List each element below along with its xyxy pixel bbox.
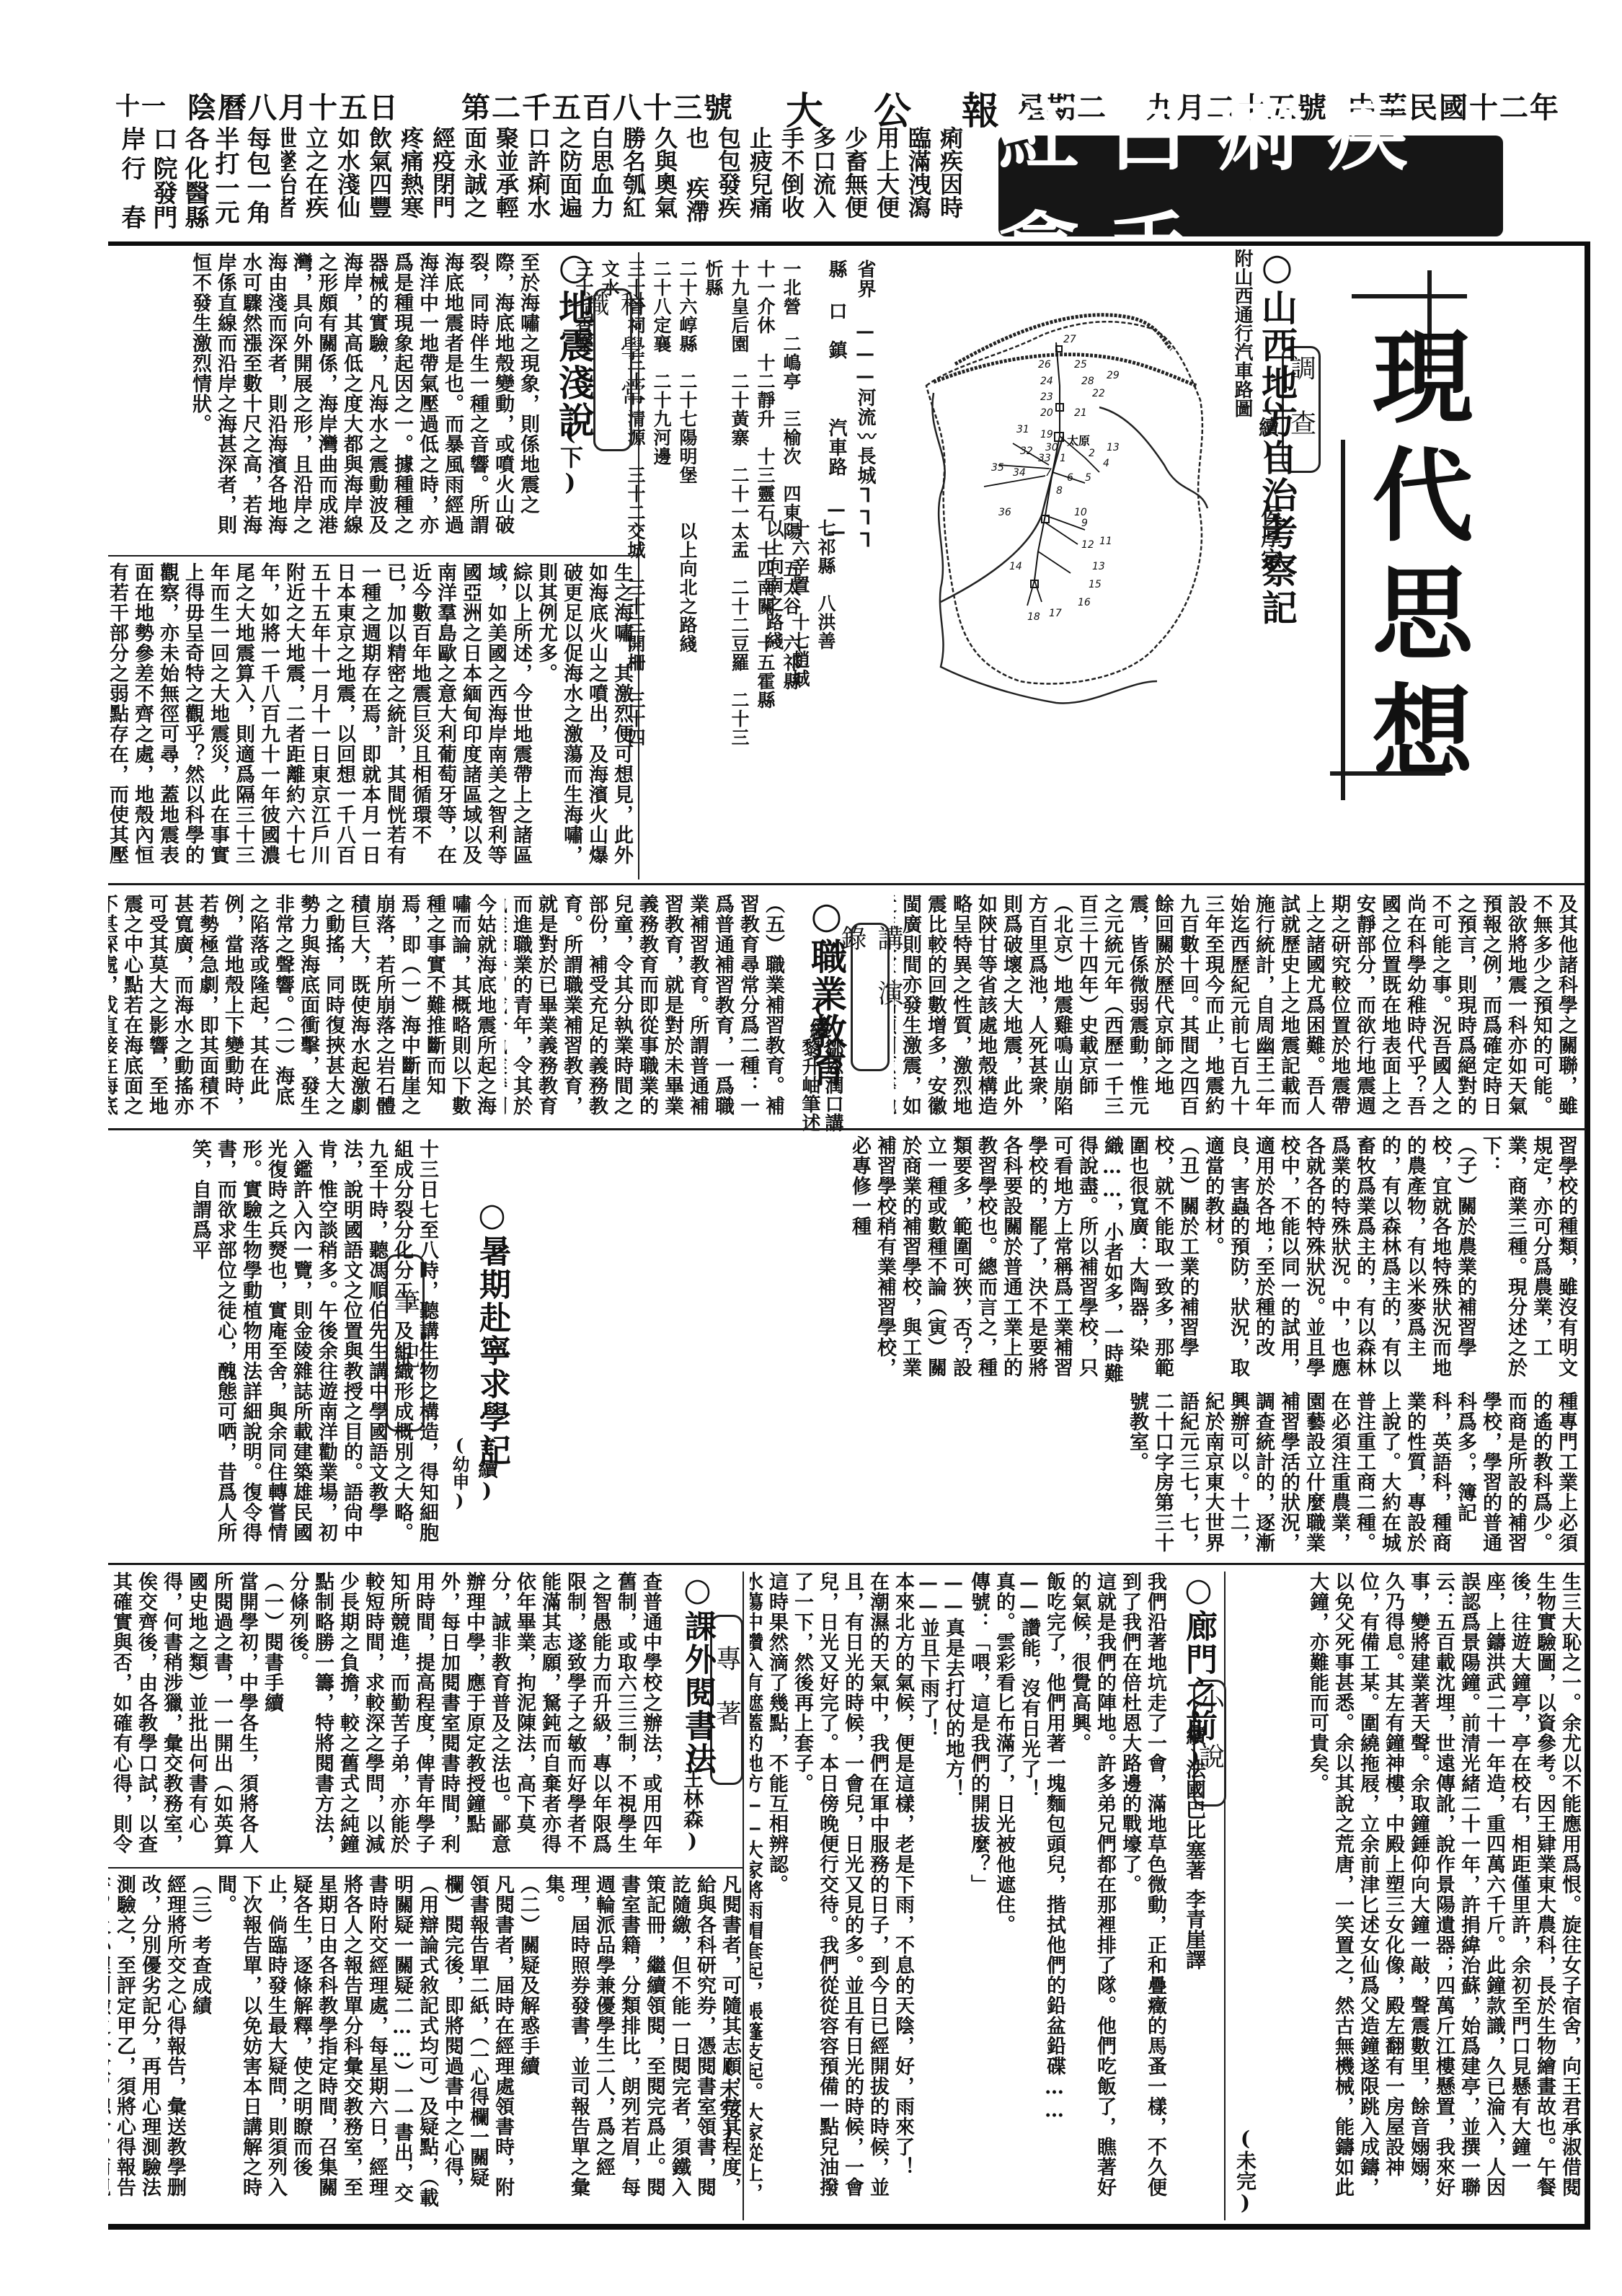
station: 十二靜升 xyxy=(755,353,776,428)
svg-text:33: 33 xyxy=(1038,453,1051,464)
monograph-paragraph: （二）關疑及解惑手續 xyxy=(515,1874,541,2213)
monograph-inner-divider xyxy=(108,1867,743,1869)
station: 二十六崞縣 xyxy=(677,260,698,353)
svg-text:32: 32 xyxy=(1020,446,1033,457)
station: 二十七陽明堡 xyxy=(677,372,698,484)
fiction-paragraph: ——真是去打仗的地方！ xyxy=(941,1572,966,2213)
svg-text:24: 24 xyxy=(1040,376,1053,387)
svg-text:13: 13 xyxy=(1092,561,1105,572)
fiction-paragraph: 這時果然滴了幾點，不能互相辨認。 xyxy=(764,1572,789,2213)
svg-text:26: 26 xyxy=(1038,359,1051,371)
station: 一北營 xyxy=(781,260,802,316)
fiction-paragraph: 飯吃完了，他們用著一塊麵包頭兒，揩拭他們的鉛盆鉛碟…… xyxy=(1042,1572,1067,2213)
svg-text:13: 13 xyxy=(1107,442,1120,453)
route-note: 以上向南之路綫 xyxy=(763,519,784,650)
station: 十七趙城 xyxy=(789,613,810,688)
svg-text:8: 8 xyxy=(1056,485,1063,497)
svg-text:6: 6 xyxy=(1067,472,1073,484)
station: 二十二豆羅 xyxy=(729,578,750,672)
travel-status: (未完) xyxy=(1231,2127,1259,2215)
ad-price-line: 每包一角 xyxy=(242,126,271,224)
ad-price-line: 半打一元 xyxy=(210,126,239,224)
science-body-upper: 至於海嘯之現象，則係地震之際，海底地殼變動，或噴火山破裂，同時伴生一種之音響。所… xyxy=(108,252,541,548)
middle-divider-2 xyxy=(108,1563,1586,1565)
lecture-paragraph: 習學校的種類，雖沒有明文規定，亦可分爲農業，工業，商業三種。現分述之於下： xyxy=(1478,1135,1579,1384)
middle-divider-1 xyxy=(108,1128,1586,1130)
right-border xyxy=(1585,241,1590,2224)
svg-text:35: 35 xyxy=(991,462,1004,474)
ad-body-line: 經疫閉門疼痛熱寒飲氣四豐如水淺仙立之在疾泄墜治者不治不者治事 xyxy=(281,126,456,218)
station: 十三靈石 xyxy=(755,447,776,522)
science-paragraph: 今姑就海底地震所起之海嘯而論，其概略則以下數種之事實不難推斷而知焉，即（一）海中… xyxy=(108,894,497,1125)
station: 二嶋亭 xyxy=(781,334,802,391)
svg-text:29: 29 xyxy=(1107,370,1120,381)
ad-sold-at-line: 縣門春 xyxy=(115,205,210,234)
science-divider xyxy=(108,555,638,557)
monograph-paragraph: 經理將所交之心得報告，彙送教學删改，分別優劣記分，再用心理測驗法測驗之，至評定甲… xyxy=(108,1874,187,2213)
science-paragraph: 生之海嘯，其激烈便可想見，此外如海底火山之噴出，及海濱火山爆破更足以促海水之激蕩… xyxy=(533,562,634,879)
lecture-science-tail: 今姑就海底地震所起之海嘯而論，其概略則以下數種之事實不難推斷而知焉，即（一）海中… xyxy=(108,894,497,1125)
science-body-lower: 生之海嘯，其激烈便可想見，此外如海底火山之噴出，及海濱火山爆破更足以促海水之激蕩… xyxy=(108,562,634,879)
fiction-divider xyxy=(1224,1572,1226,2220)
bottom-border xyxy=(108,2224,1590,2230)
monograph-paragraph: 凡閱書者，屆時在經理處領書時，附領書報告單二紙，（一心得欄一關疑欄）閱完後，即將… xyxy=(213,1874,515,2213)
lecture-paragraph: （子）關於農業的補習學校，宜就各地特殊狀況而地的農產物，有以米麥爲主的，有以森林… xyxy=(1200,1135,1478,1384)
title-frame-top xyxy=(1352,294,1467,298)
svg-text:36: 36 xyxy=(998,507,1011,518)
notes-body: 十三日七至八時，聽講生物之構造，得知細胞組成分裂分化分工，及組織形成概別之大略。… xyxy=(108,1139,440,1550)
svg-text:5: 5 xyxy=(1085,472,1091,484)
svg-text:7: 7 xyxy=(1045,467,1052,479)
ad-sold-at-line: 化醫院發行 xyxy=(115,156,210,205)
svg-text:20: 20 xyxy=(1040,407,1053,419)
ad-body-line: 疾滯久與奧氣勝名瓠紅白思血力之防面遍口許痢水聚並承輕面永誠之 xyxy=(461,126,710,223)
monograph-body-upper: 查普通中學校之辦法，或用四年舊制，或取六三三制，不視學生之智愚能力而升級，專以年… xyxy=(108,1572,663,1860)
fiction-author: 法國巴比塞著 xyxy=(1180,1759,1209,1880)
survey-subtitle: 附山西通行汽車路圖 xyxy=(1229,249,1256,417)
vocational-types-body: 習學校的種類，雖沒有明文規定，亦可分爲農業，工業，商業三種。現分述之於下： （子… xyxy=(505,1135,1579,1384)
title-frame-left xyxy=(1341,440,1345,800)
section-label-lecture: 講演錄 xyxy=(851,923,890,1071)
fiction-paragraph: 在潮濕的天氣中，我們在軍中服務的日子，到今日已經開拔的時候，並且，有日光的時候，… xyxy=(789,1572,890,2213)
svg-text:23: 23 xyxy=(1040,391,1053,403)
svg-text:10: 10 xyxy=(1074,507,1087,518)
ad-price: 每包一角 半打一元 xyxy=(209,126,272,234)
station-row: 二十六崞縣 二十七陽明堡 以上向北之路綫 xyxy=(674,260,700,764)
science-paragraph: 綜以上所述，今世地震帶上之諸區域，如美國之西海岸南美之智利等國亞洲之日本緬甸印度… xyxy=(108,562,533,879)
station: 十六辛置 xyxy=(789,519,810,594)
notes-headline: ○暑期赴寧求學記 xyxy=(469,1197,515,1467)
shanxi-road-map: 太原 272625 242829 232220 213119 32213 354… xyxy=(912,278,1215,739)
ad-sold-at: 各口岸 化醫院發行 縣門春 xyxy=(115,126,210,234)
fiction-paragraph: 傳號：「喂，這是我們的開拔麼？」 xyxy=(966,1572,991,2213)
svg-text:4: 4 xyxy=(1103,458,1109,469)
notes-continued: (續) xyxy=(472,1435,501,1502)
ad-banner: 紅白痢疾拿手 xyxy=(998,136,1503,236)
title-frame-bottom xyxy=(1330,771,1445,776)
notes-author: (幼申) xyxy=(447,1435,472,1511)
legend-river: 河流 xyxy=(854,388,876,427)
svg-text:25: 25 xyxy=(1074,359,1087,371)
lunar-date: 陰曆八月十五日 xyxy=(187,85,399,126)
svg-text:16: 16 xyxy=(1078,597,1091,608)
ad-body: 痢疾因時臨滿洩瀉用上大便少畜無便多口流入手不倒收止疲兒痛包包發疾也 疾滯久與奧氣… xyxy=(281,126,966,234)
fiction-paragraph: 真的。雲彩看匕布滿了，日光被他遮住。 xyxy=(991,1572,1016,2213)
monograph-author: (王林森) xyxy=(678,1745,706,1853)
station: 十一介休 xyxy=(755,260,776,334)
monograph-paragraph: 當開學初，中學各生，須將各人所閱過之書，一一開出（如英算國史地之類）並批出何書有… xyxy=(108,1572,260,1860)
station: 二十九河邊 xyxy=(651,372,672,466)
svg-text:18: 18 xyxy=(1027,611,1040,623)
fiction-paragraph: 我們沿著地坑走了一會，滿地草色微動，正和疊癥的馬蚤一樣，不久便到了我們在倍杜恩大… xyxy=(1117,1572,1168,2213)
ad-sold-at-line: 各口岸 xyxy=(115,126,210,156)
travel-body: 生三大恥之一。余尤以不能應用爲恨。旋往女子宿舍，向王君承淑借閱生物實驗圖，以資參… xyxy=(1229,1572,1582,2213)
survey-continued: (續) xyxy=(1253,393,1282,461)
svg-text:11: 11 xyxy=(1099,536,1112,547)
station: 二十一太盂 xyxy=(729,466,750,559)
svg-text:34: 34 xyxy=(1013,467,1026,479)
station: 八洪善 xyxy=(815,594,836,650)
route-note: 以上向北之路綫 xyxy=(677,522,698,653)
fiction-paragraph: ——讚能，沒有日光了！ xyxy=(1016,1572,1042,2213)
fiction-paragraph: ——並且下雨了！ xyxy=(916,1572,941,2213)
supplement-title: 現代思想 xyxy=(1342,324,1487,797)
ad-body-line: 痢疾因時臨滿洩瀉用上大便少畜無便多口流入手不倒收止疲兒痛包包發疾也 xyxy=(683,126,964,218)
svg-text:15: 15 xyxy=(1089,579,1102,590)
station: 七祁縣 xyxy=(815,519,836,575)
fiction-translator: 李青崖譯 xyxy=(1180,1889,1209,1969)
monograph-paragraph: 查普通中學校之辦法，或用四年舊制，或取六三三制，不視學生之智愚能力而升級，專以年… xyxy=(285,1572,663,1860)
monograph-body-lower: 凡閱書者，可隨其志願，按其程度，給與各科研究券，憑閱書室領書，閱訖隨繳，但不能一… xyxy=(108,1874,743,2213)
svg-text:21: 21 xyxy=(1074,407,1087,419)
svg-text:17: 17 xyxy=(1049,608,1062,619)
lecture-paragraph: （丑）關於工業的補習學校，就不能取一致多，那範圍也很寬廣：大陶器，染織……，小者… xyxy=(847,1135,1200,1384)
science-part: (下) xyxy=(554,418,587,496)
fiction-body: 我們沿著地坑走了一會，滿地草色微動，正和疊癥的馬蚤一樣，不久便到了我們在倍杜恩大… xyxy=(750,1572,1168,2213)
legend-town: 鎮 xyxy=(825,340,847,360)
station-row: 十九皇后園 二十黃寨 二十一太盂 二十二豆羅 二十三忻縣 xyxy=(700,260,752,764)
monograph-status: (未完) xyxy=(714,2055,743,2142)
vocational-cont-body: 種專門工業上必須的遙的教科爲少。而商是所設的補習學校，學習的普通科爲多。，簿記科… xyxy=(526,1391,1579,1557)
legend-county: 縣 口 xyxy=(825,260,847,321)
svg-text:22: 22 xyxy=(1092,388,1105,399)
svg-text:19: 19 xyxy=(1040,429,1053,440)
issue-number: 第二千五百八十三號 xyxy=(461,85,734,126)
monograph-paragraph: 凡閱書者，可隨其志願，按其程度，給與各科研究券，憑閱書室領書，閱訖隨繳，但不能一… xyxy=(541,1874,743,2213)
monograph-paragraph: （一）閱書手續 xyxy=(260,1572,285,1860)
svg-text:12: 12 xyxy=(1081,539,1094,551)
lecture-speaker: 鄒恩潤口講 xyxy=(820,1038,846,1132)
lecture-body: （五）職業補習教育。補習教育尋常分爲二種：一爲普通補習教育，一爲職業補習教育。所… xyxy=(505,894,786,1125)
station-list-2: 七祁縣 八洪善 十六辛置 十七趙城 以上向南之路綫 xyxy=(761,519,838,757)
science-headline: ○地震淺說 xyxy=(548,245,600,439)
station: 二十黃寨 xyxy=(729,372,750,447)
page-number: 十一 xyxy=(115,87,167,122)
svg-text:27: 27 xyxy=(1063,334,1076,345)
svg-text:31: 31 xyxy=(1016,424,1029,435)
station-row: 二十八定襄 二十九河邊 xyxy=(648,260,674,764)
monograph-paragraph: （三）考查成績 xyxy=(187,1874,213,2213)
legend-province-border: 省界 ——— xyxy=(854,260,876,388)
svg-text:1: 1 xyxy=(1060,453,1066,464)
svg-text:30: 30 xyxy=(1045,442,1058,453)
station: 十九皇后園 xyxy=(729,260,750,353)
svg-text:9: 9 xyxy=(1081,518,1088,529)
fiction-paragraph: 本來北方的氣候，便是這樣，老是下雨，不息的天陰，好，雨來了！ xyxy=(890,1572,916,2213)
station: 三榆次 xyxy=(781,409,802,466)
svg-text:太原: 太原 xyxy=(1067,434,1090,448)
header-divider xyxy=(108,241,1586,246)
fiction-paragraph: 水蕩中鑽入有遮蓋的地方——大家將雨帽套起，帳篷支起。大家從上，大家繞著發抖。都是… xyxy=(750,1572,764,2213)
station: 二十八定襄 xyxy=(651,260,672,353)
upper-section-divider xyxy=(108,883,1586,885)
lecture-recorder: 黎升岫筆述 xyxy=(797,1038,823,1132)
map-graphic: 太原 272625 242829 232220 213119 32213 354… xyxy=(912,278,1215,739)
fiction-paragraph: 這就是我們的陣地。許多弟兄們都在那裡排了隊。他們吃飯了，瞧著好的氣候，很覺高興。 xyxy=(1067,1572,1117,2213)
svg-text:2: 2 xyxy=(1089,448,1095,459)
legend-great-wall: 長城 xyxy=(854,446,876,485)
svg-text:28: 28 xyxy=(1081,376,1094,387)
station: 三十二交城 xyxy=(625,466,646,559)
svg-text:14: 14 xyxy=(1009,561,1022,572)
lecture-earthquake-cont: 及其他諸科學之關聯，雖不無多少之預知的可能。設欲將地震一科亦如天氣預報之例，而爲… xyxy=(894,894,1579,1125)
